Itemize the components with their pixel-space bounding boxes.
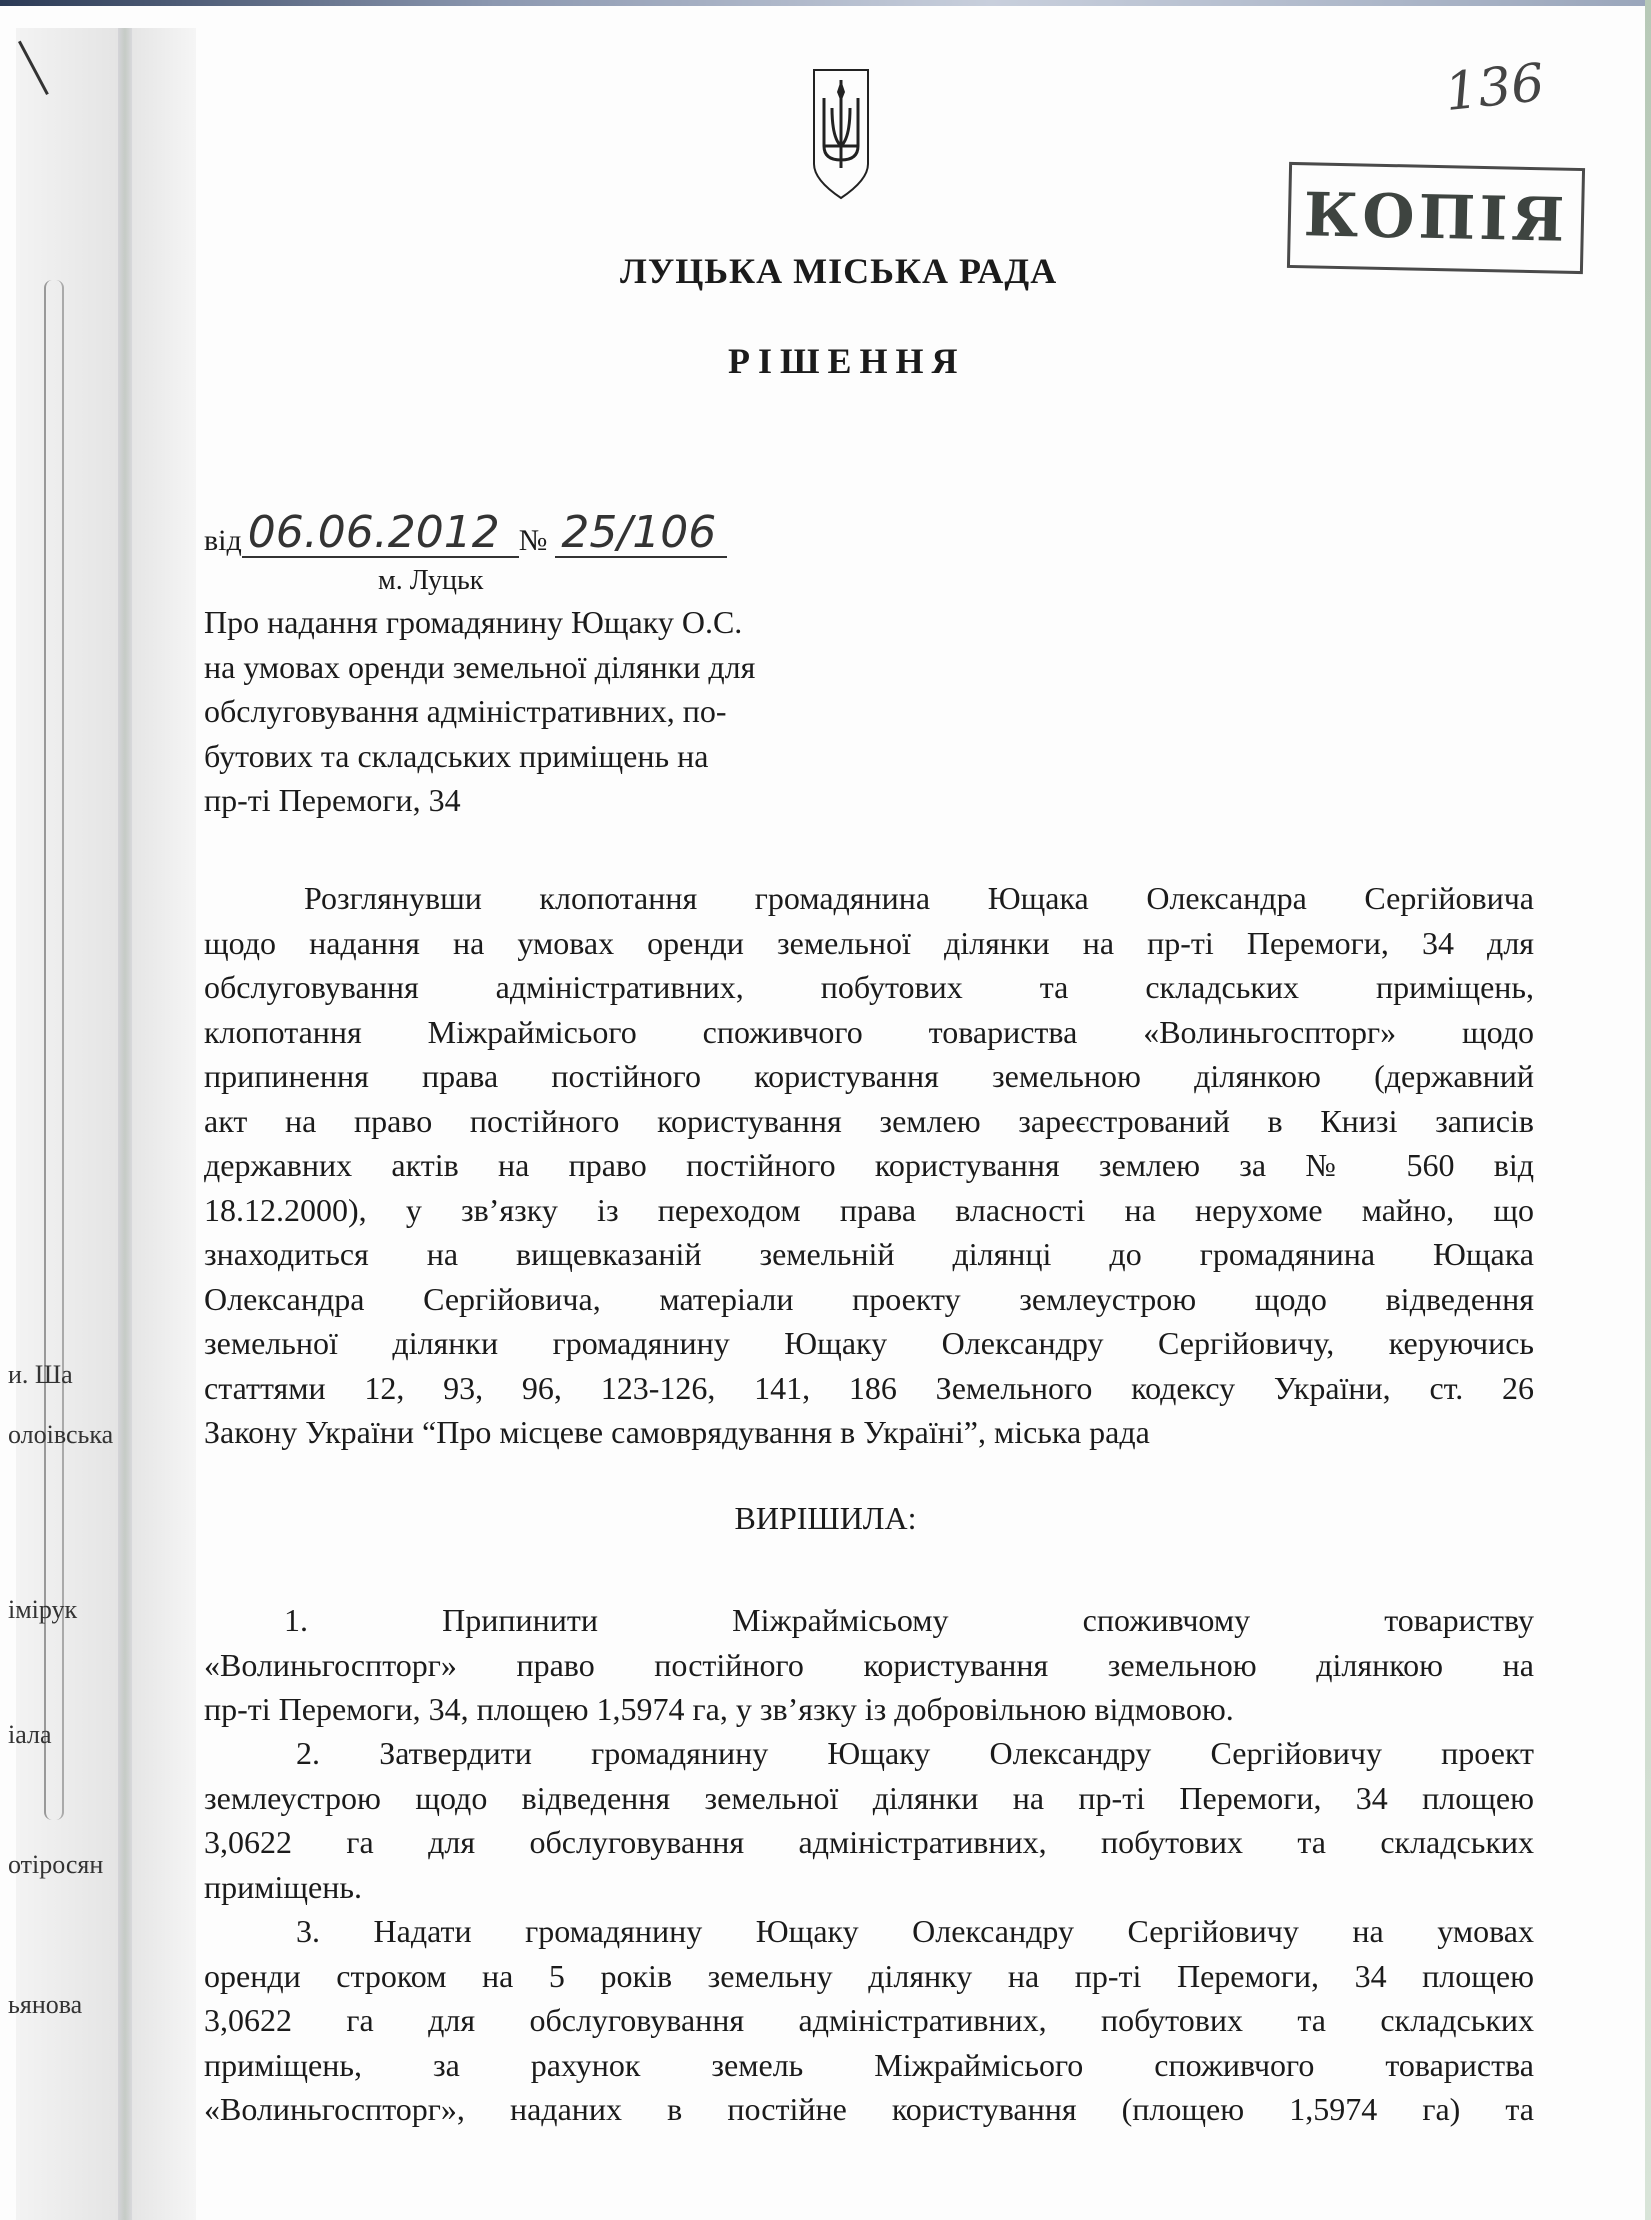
preamble-line: акт на право постійного користування зем…: [204, 1099, 1534, 1144]
preamble-line: клопотання Міжраймісього споживчого това…: [204, 1010, 1534, 1055]
item-line: оренди строком на 5 років земельну ділян…: [204, 1954, 1534, 1999]
subject-line: обслуговування адміністративних, по-: [204, 689, 874, 734]
item-line: приміщень.: [204, 1865, 1534, 1910]
item-line: 2. Затвердити громадянину Ющаку Олександ…: [204, 1731, 1534, 1776]
handwritten-date: 06.06.2012: [242, 510, 519, 558]
item-line: приміщень, за рахунок земель Міжраймісьо…: [204, 2043, 1534, 2088]
item-line: «Волиньгоспторг», наданих в постійне кор…: [204, 2087, 1534, 2132]
subject-line: пр-ті Перемоги, 34: [204, 778, 874, 823]
margin-fragment: отіросян: [8, 1850, 103, 1880]
preamble-line: статтями 12, 93, 96, 123-126, 141, 186 З…: [204, 1366, 1534, 1411]
item-line: землеустрою щодо відведення земельної ді…: [204, 1776, 1534, 1821]
date-number-line: від 06.06.2012 № 25/106: [204, 510, 727, 558]
item-line: 3. Надати громадянину Ющаку Олександру С…: [204, 1909, 1534, 1954]
number-prefix: №: [519, 524, 548, 558]
margin-fragment: іала: [8, 1720, 52, 1750]
preamble-line: державних актів на право постійного кори…: [204, 1143, 1534, 1188]
preamble-line: Олександра Сергійовича, матеріали проект…: [204, 1277, 1534, 1322]
decision-item-1: 1. Припинити Міжраймісьому споживчому то…: [204, 1598, 1534, 1732]
preamble-line: земельної ділянки громадянину Ющаку Олек…: [204, 1321, 1534, 1366]
item-line: «Волиньгоспторг» право постійного корист…: [204, 1643, 1534, 1688]
scan-edge-right: [1645, 0, 1651, 2220]
item-line: 3,0622 га для обслуговування адміністрат…: [204, 1820, 1534, 1865]
preamble-line: Закону України “Про місцеве самоврядуван…: [204, 1410, 1534, 1455]
item-line: 1. Припинити Міжраймісьому споживчому то…: [204, 1598, 1534, 1643]
copy-stamp: КОПІЯ: [1287, 162, 1585, 274]
item-line: пр-ті Перемоги, 34, площею 1,5974 га, у …: [204, 1687, 1534, 1732]
subject-line: на умовах оренди земельної ділянки для: [204, 645, 874, 690]
preamble-line: припинення права постійного користування…: [204, 1054, 1534, 1099]
document-page: и. Ша олоівська імірук іала отіросян ьян…: [0, 0, 1651, 2220]
subject-line: бутових та складських приміщень на: [204, 734, 874, 779]
preamble-line: щодо надання на умовах оренди земельної …: [204, 921, 1534, 966]
city: м. Луцьк: [378, 565, 483, 597]
margin-fragment: імірук: [8, 1595, 77, 1625]
handwritten-number: 25/106: [555, 510, 727, 558]
preamble-line: знаходиться на вищевказаній земельній ді…: [204, 1232, 1534, 1277]
scan-band: [118, 28, 132, 2220]
binding-shadow: [16, 28, 196, 2220]
document-type: РІШЕННЯ: [728, 340, 966, 382]
handwritten-page-number: 136: [1442, 53, 1547, 123]
council-title: ЛУЦЬКА МІСЬКА РАДА: [620, 250, 1057, 292]
decision-item-2: 2. Затвердити громадянину Ющаку Олександ…: [204, 1731, 1534, 1909]
margin-fragment: олоівська: [8, 1420, 113, 1450]
preamble-line: Розглянувши клопотання громадянина Ющака…: [204, 876, 1534, 921]
item-line: 3,0622 га для обслуговування адміністрат…: [204, 1998, 1534, 2043]
preamble-line: обслуговування адміністративних, побутов…: [204, 965, 1534, 1010]
stamp-text: КОПІЯ: [1303, 180, 1569, 256]
trident-emblem-icon: [812, 68, 870, 200]
preamble: Розглянувши клопотання громадянина Ющака…: [204, 876, 1534, 1455]
margin-fragment: и. Ша: [8, 1360, 73, 1390]
resolved-heading: ВИРІШИЛА:: [0, 1500, 1651, 1537]
date-prefix: від: [204, 524, 242, 558]
decision-item-3: 3. Надати громадянину Ющаку Олександру С…: [204, 1909, 1534, 2132]
preamble-line: 18.12.2000), у зв’язку із переходом прав…: [204, 1188, 1534, 1233]
binding-strip: [44, 280, 64, 1820]
margin-fragment: ьянова: [8, 1990, 82, 2020]
scan-edge: [0, 0, 1651, 6]
subject-line: Про надання громадянину Ющаку О.С.: [204, 600, 874, 645]
decision-subject: Про надання громадянину Ющаку О.С. на ум…: [204, 600, 874, 823]
